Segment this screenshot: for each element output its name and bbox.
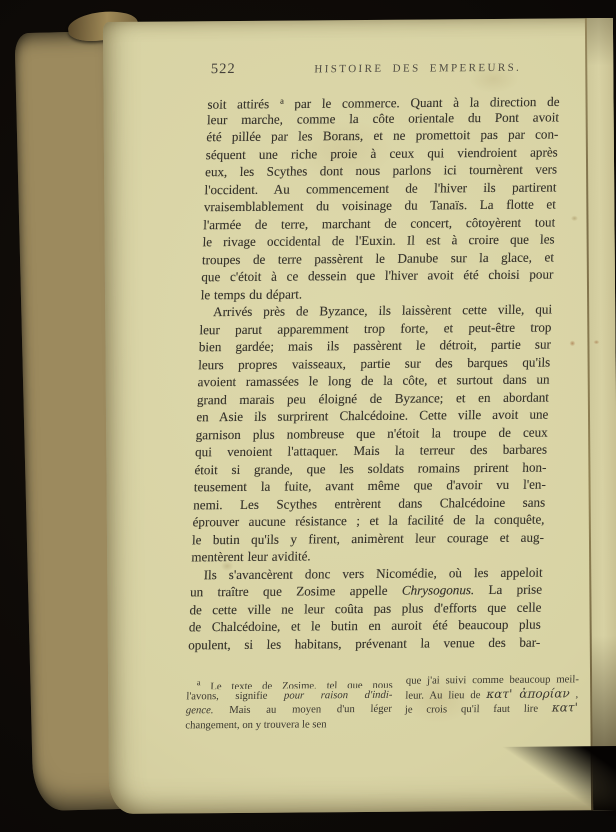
text-segment: gence.	[186, 705, 214, 717]
text-line: opulent, si les habitans, prévenant la v…	[188, 633, 541, 653]
text-line: gence. Mais au moyen d'un léger	[186, 702, 393, 718]
text-segment: κατ' ἀπορίαν	[486, 687, 570, 702]
footnote-right-column: que j'ai suivi comme beaucoup meil-leur.…	[404, 672, 579, 730]
text-line: le butin qu'ils y firent, animèrent leur…	[192, 528, 545, 548]
text-segment: soit attirés	[207, 96, 280, 111]
book-photo: 522 HISTOIRE DES EMPEREURS. soit attirés…	[0, 0, 616, 832]
text-segment: ,	[569, 688, 578, 700]
text-line: que j'ai suivi comme beaucoup meil-	[406, 672, 580, 688]
page-text-block: 522 HISTOIRE DES EMPEREURS. soit attirés…	[185, 56, 561, 732]
text-line: Arrivés près de Byzance, ils laissèrent …	[200, 300, 553, 320]
text-segment: La prise	[474, 582, 542, 598]
text-line: de Chalcédoine, et le butin en auroit ét…	[189, 616, 542, 636]
text-line: vraisemblablement du voisinage du Tanaïs…	[204, 195, 557, 215]
text-line: avoient ramassées le long de la côte, et…	[197, 371, 550, 391]
page-number: 522	[211, 61, 236, 78]
text-line: éprouver aucune résistance ; et la facil…	[192, 511, 545, 531]
text-line: été pillée par les Borans, et ne promett…	[206, 125, 559, 145]
running-title: HISTOIRE DES EMPEREURS.	[293, 62, 543, 76]
text-segment: un traître que Zosime appelle	[190, 583, 402, 600]
text-line: bien gardée; mais ils passèrent le détro…	[199, 336, 552, 356]
text-line: qui venoient l'attaquer. Mais la terreur…	[195, 441, 548, 461]
page-header: 522 HISTOIRE DES EMPEREURS.	[208, 56, 561, 91]
text-segment: leur. Au lieu de	[405, 689, 486, 702]
text-line: teusement la fuite, avant même que d'avo…	[194, 476, 547, 496]
text-line: leur. Au lieu de κατ' ἀπορίαν ,	[405, 686, 579, 702]
text-line: que c'étoit à ce dessein que l'hiver avo…	[201, 265, 554, 285]
text-line: le rivage occidental de l'Euxin. Il est …	[202, 230, 555, 250]
text-segment: je crois qu'il faut lire	[405, 703, 553, 716]
book-page: 522 HISTOIRE DES EMPEREURS. soit attirés…	[103, 18, 616, 814]
footnote-left-column: a Le texte de Zosime, tel que nousl'avon…	[185, 674, 393, 732]
text-segment: Chrysogonus.	[402, 582, 475, 598]
text-segment: Mais au moyen d'un léger	[213, 703, 392, 716]
text-segment: l'avons, signifie	[186, 690, 284, 703]
text-segment: pour raison d'indi-	[284, 689, 393, 702]
text-line: eux, les Scythes dont nous parlons ici t…	[205, 160, 558, 180]
text-line: un traître que Zosime appelle Chrysogonu…	[190, 581, 543, 601]
page-corner-shadow	[503, 746, 616, 817]
text-line: soit attirés a par le commerce. Quant à …	[207, 90, 560, 110]
page-body: soit attirés a par le commerce. Quant à …	[188, 90, 560, 653]
text-line: changement, on y trouvera le sen	[185, 716, 392, 732]
footnote: a Le texte de Zosime, tel que nousl'avon…	[185, 672, 579, 732]
text-line: je crois qu'il faut lire κατ' ἐμπορίαν.	[405, 701, 579, 717]
text-line: en Asie ils surprirent Chalcédoine. Cett…	[196, 406, 549, 426]
